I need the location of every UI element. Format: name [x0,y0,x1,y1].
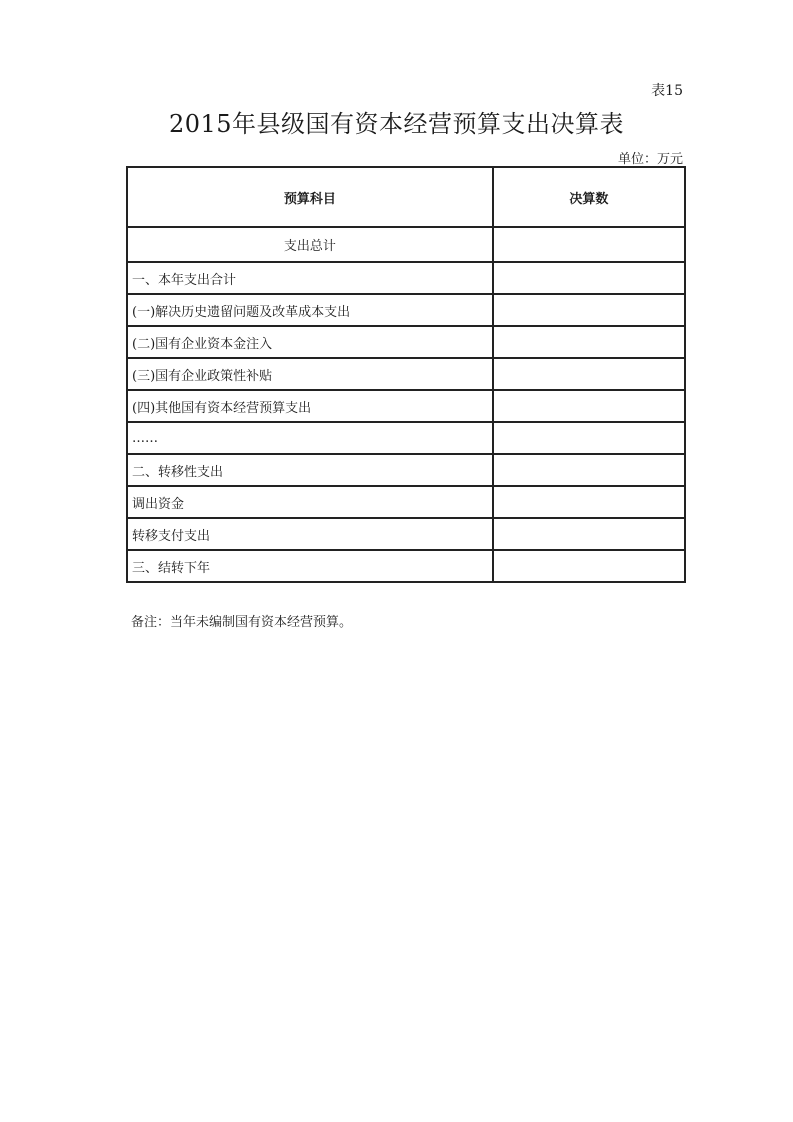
table-row: 转移支付支出 [127,518,685,550]
table-row: 三、结转下年 [127,550,685,582]
row-subject: 一、本年支出合计 [127,262,493,294]
row-amount [493,422,685,454]
unit-label: 单位：万元 [618,148,683,167]
row-amount [493,454,685,486]
row-subject: (四)其他国有资本经营预算支出 [127,390,493,422]
row-subject: 调出资金 [127,486,493,518]
table-number: 表15 [651,80,683,100]
column-header-subject: 预算科目 [127,167,493,227]
column-header-amount: 决算数 [493,167,685,227]
row-subject: (三)国有企业政策性补贴 [127,358,493,390]
row-amount [493,486,685,518]
footnote: 备注：当年未编制国有资本经营预算。 [131,611,352,630]
table-row: …… [127,422,685,454]
table-row: 一、本年支出合计 [127,262,685,294]
table-row: 二、转移性支出 [127,454,685,486]
table-row: (三)国有企业政策性补贴 [127,358,685,390]
row-subject: 三、结转下年 [127,550,493,582]
table-row: (四)其他国有资本经营预算支出 [127,390,685,422]
row-amount [493,262,685,294]
row-amount [493,326,685,358]
row-subject: 二、转移性支出 [127,454,493,486]
row-amount [493,550,685,582]
row-amount [493,227,685,262]
table-row: (二)国有企业资本金注入 [127,326,685,358]
row-subject: 支出总计 [127,227,493,262]
table-row: (一)解决历史遗留问题及改革成本支出 [127,294,685,326]
row-subject: 转移支付支出 [127,518,493,550]
budget-table: 预算科目 决算数 支出总计 一、本年支出合计 (一)解决历史遗留问题及改革成本支… [126,166,686,583]
table-row: 调出资金 [127,486,685,518]
row-amount [493,358,685,390]
table-row: 支出总计 [127,227,685,262]
row-subject: (二)国有企业资本金注入 [127,326,493,358]
row-subject: …… [127,422,493,454]
page-title: 2015年县级国有资本经营预算支出决算表 [0,104,793,139]
row-subject: (一)解决历史遗留问题及改革成本支出 [127,294,493,326]
table-header-row: 预算科目 决算数 [127,167,685,227]
row-amount [493,518,685,550]
row-amount [493,390,685,422]
row-amount [493,294,685,326]
